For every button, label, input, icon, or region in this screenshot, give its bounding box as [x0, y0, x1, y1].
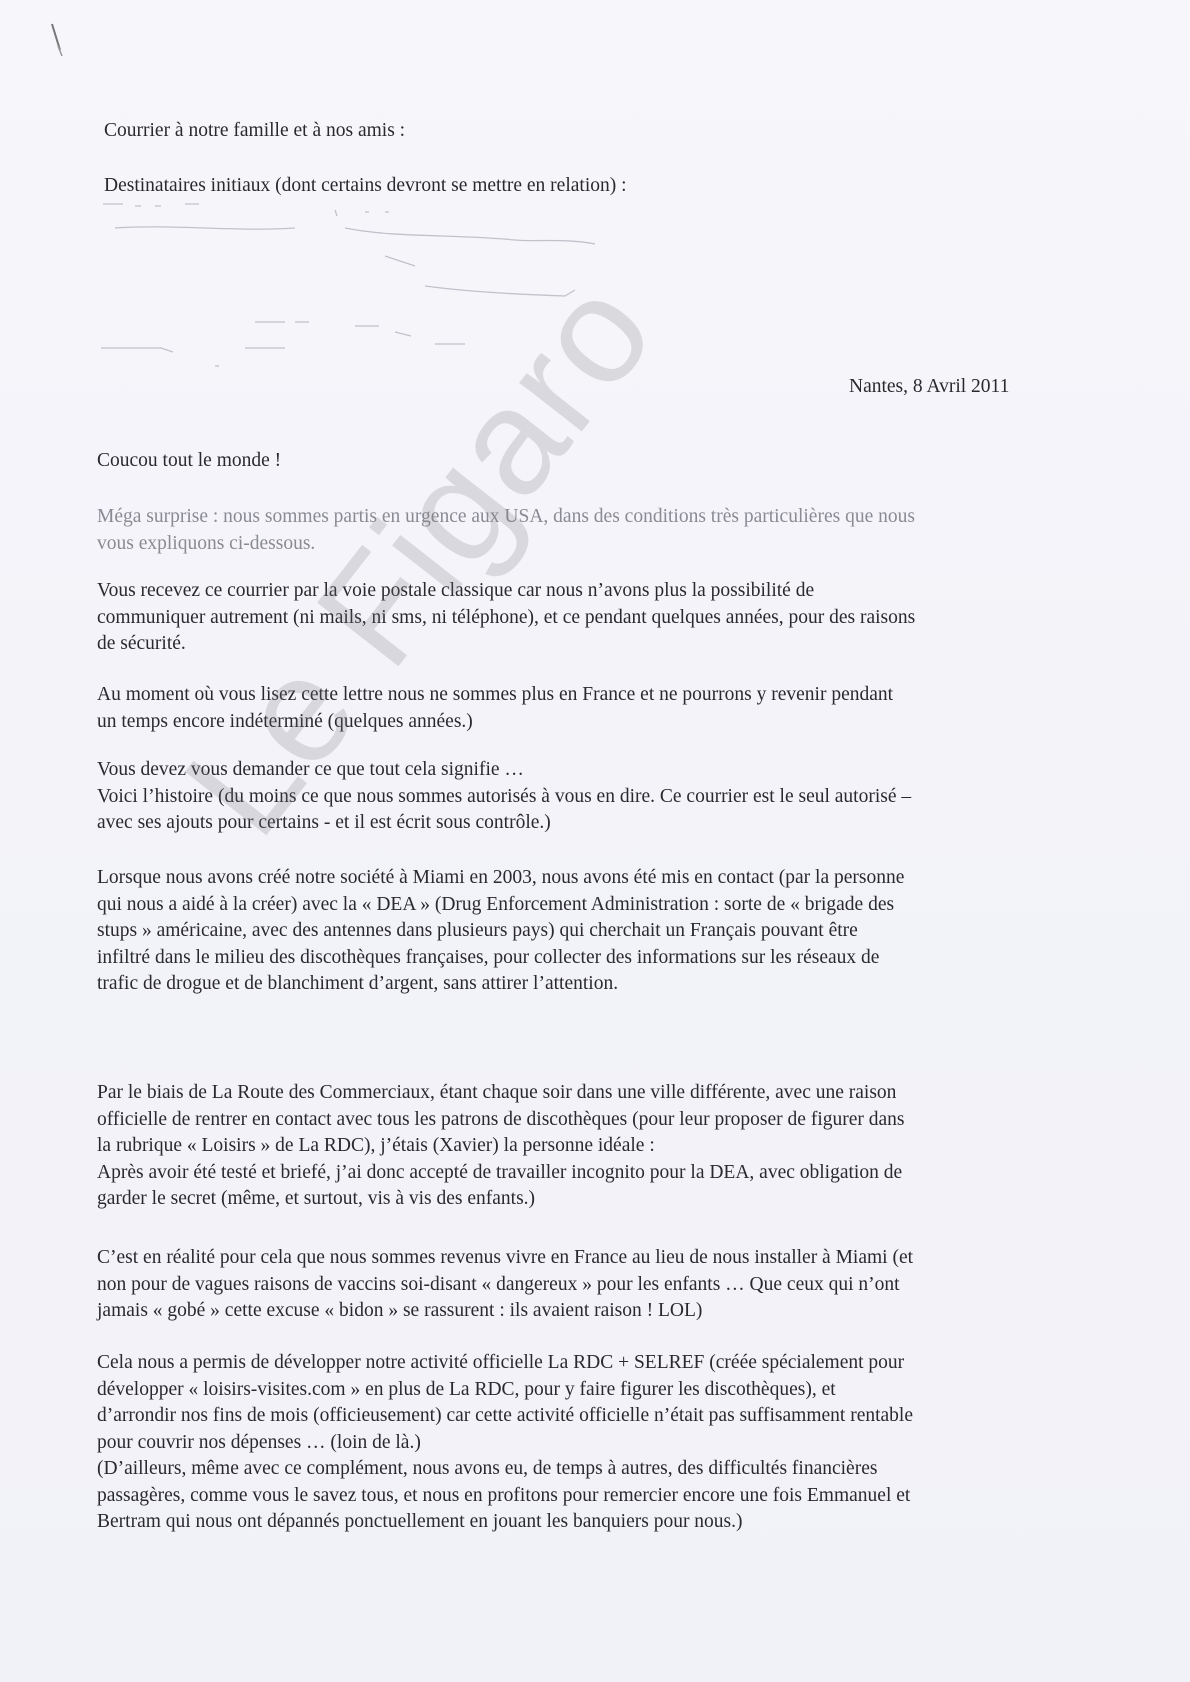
paragraph-line: Au moment où vous lisez cette lettre nou…	[97, 682, 1102, 709]
paragraph-line: de sécurité.	[97, 631, 1102, 658]
paragraph-line: pour couvrir nos dépenses … (loin de là.…	[97, 1430, 1102, 1457]
paragraph: Vous devez vous demander ce que tout cel…	[97, 757, 1102, 837]
letter-header: Courrier à notre famille et à nos amis :	[104, 118, 405, 145]
paragraph-line: Cela nous a permis de développer notre a…	[97, 1350, 1102, 1377]
paragraph-line: Après avoir été testé et briefé, j’ai do…	[97, 1160, 1102, 1187]
paragraph-line: C’est en réalité pour cela que nous somm…	[97, 1245, 1102, 1272]
paragraph: Au moment où vous lisez cette lettre nou…	[97, 682, 1102, 735]
paragraph-line: stups » américaine, avec des antennes da…	[97, 918, 1102, 945]
paragraph-line: vous expliquons ci-dessous.	[97, 531, 1102, 558]
letter-greeting: Coucou tout le monde !	[97, 448, 1102, 475]
paragraph-line: trafic de drogue et de blanchiment d’arg…	[97, 971, 1102, 998]
paragraph-line: Voici l’histoire (du moins ce que nous s…	[97, 784, 1102, 811]
paragraph-line: non pour de vagues raisons de vaccins so…	[97, 1272, 1102, 1299]
paragraph: Cela nous a permis de développer notre a…	[97, 1350, 1102, 1536]
paragraph-line: un temps encore indéterminé (quelques an…	[97, 709, 1102, 736]
paragraph-line: jamais « gobé » cette excuse « bidon » s…	[97, 1298, 1102, 1325]
redacted-recipients	[95, 198, 655, 368]
paragraph-line: Vous recevez ce courrier par la voie pos…	[97, 578, 1102, 605]
paragraph-line: communiquer autrement (ni mails, ni sms,…	[97, 605, 1102, 632]
letter-date: Nantes, 8 Avril 2011	[849, 376, 1009, 398]
paragraph-line: Par le biais de La Route des Commerciaux…	[97, 1080, 1102, 1107]
paragraph-line: qui nous a aidé à la créer) avec la « DE…	[97, 892, 1102, 919]
paragraph: C’est en réalité pour cela que nous somm…	[97, 1245, 1102, 1325]
paragraph-line: développer « loisirs-visites.com » en pl…	[97, 1377, 1102, 1404]
paragraph: Vous recevez ce courrier par la voie pos…	[97, 578, 1102, 658]
paragraph-line: garder le secret (même, et surtout, vis …	[97, 1186, 1102, 1213]
scanned-letter-page: Courrier à notre famille et à nos amis :…	[0, 0, 1190, 1682]
paragraph-line: d’arrondir nos fins de mois (officieusem…	[97, 1403, 1102, 1430]
paragraph: Méga surprise : nous sommes partis en ur…	[97, 504, 1102, 557]
paragraph-line: passagères, comme vous le savez tous, et…	[97, 1483, 1102, 1510]
paragraph-line: la rubrique « Loisirs » de La RDC), j’ét…	[97, 1133, 1102, 1160]
paragraph: Par le biais de La Route des Commerciaux…	[97, 1080, 1102, 1213]
paragraph-line: infiltré dans le milieu des discothèques…	[97, 945, 1102, 972]
paragraph-line: Méga surprise : nous sommes partis en ur…	[97, 504, 1102, 531]
recipients-label: Destinataires initiaux (dont certains de…	[104, 173, 627, 200]
paragraph: Lorsque nous avons créé notre société à …	[97, 865, 1102, 998]
paragraph-line: officielle de rentrer en contact avec to…	[97, 1107, 1102, 1134]
paragraph-line: Lorsque nous avons créé notre société à …	[97, 865, 1102, 892]
paragraph-line: Vous devez vous demander ce que tout cel…	[97, 757, 1102, 784]
paragraph-line: Bertram qui nous ont dépannés ponctuelle…	[97, 1509, 1102, 1536]
paragraph-line: avec ses ajouts pour certains - et il es…	[97, 810, 1102, 837]
paragraph-line: (D’ailleurs, même avec ce complément, no…	[97, 1456, 1102, 1483]
pen-mark-icon	[48, 20, 68, 60]
